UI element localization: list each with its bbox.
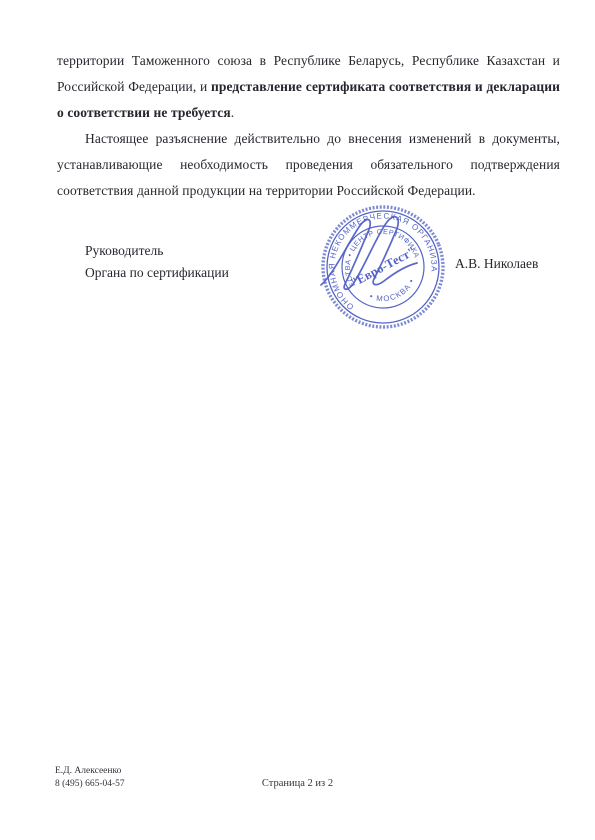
signer-role-line1: Руководитель	[85, 240, 229, 262]
signer-name: А.В. Николаев	[455, 256, 538, 272]
document-page: территории Таможенного союза в Республик…	[0, 0, 595, 840]
signer-role-line2: Органа по сертификации	[85, 262, 229, 284]
signature-block: Руководитель Органа по сертификации А.В.…	[57, 240, 560, 380]
paragraph-continuation: территории Таможенного союза в Республик…	[57, 48, 560, 126]
footer-contact-name: Е.Д. Алексеенко	[55, 765, 125, 778]
page-number: Страница 2 из 2	[0, 778, 595, 789]
document-body: территории Таможенного союза в Республик…	[57, 48, 560, 380]
paragraph-validity: Настоящее разъяснение действительно до в…	[57, 126, 560, 204]
signer-role: Руководитель Органа по сертификации	[85, 240, 229, 284]
paragraph-end: .	[231, 105, 234, 120]
